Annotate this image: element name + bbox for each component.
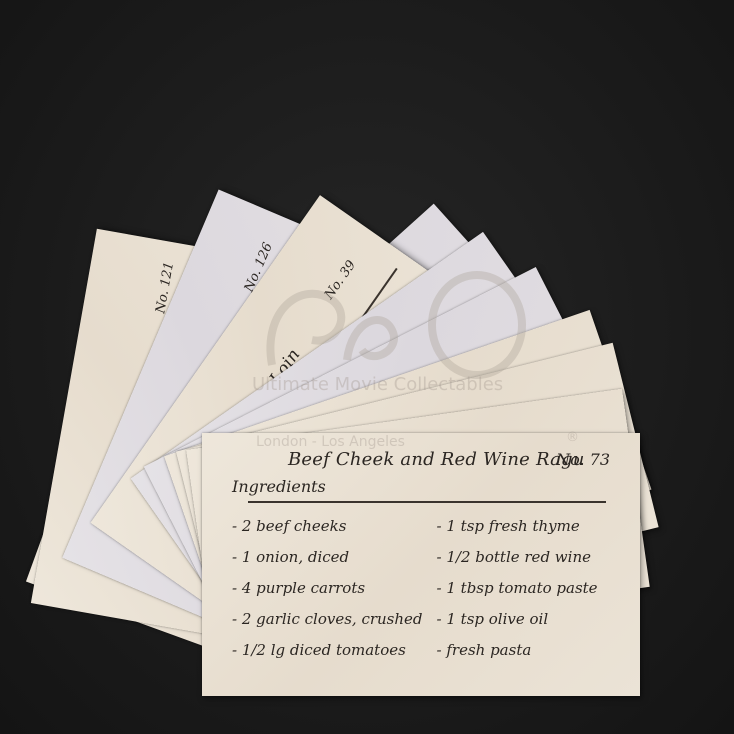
ingredient-item: - 1/2 lg diced tomatoes	[232, 639, 423, 661]
card-number: No. 39	[322, 258, 359, 302]
ingredients-list: - 2 beef cheeks - 1 onion, diced - 4 pur…	[232, 515, 620, 661]
card-number: No. 73	[556, 450, 610, 469]
ingredient-item: - fresh pasta	[437, 639, 620, 661]
ingredient-item: - 1 tsp fresh thyme	[437, 515, 620, 537]
ingredients-label: Ingredients	[232, 477, 326, 496]
ingredient-item: - 2 beef cheeks	[232, 515, 423, 537]
ingredients-column-right: - 1 tsp fresh thyme - 1/2 bottle red win…	[437, 515, 620, 661]
ingredient-item: - 4 purple carrots	[232, 577, 423, 599]
ingredient-item: - 1 tbsp tomato paste	[437, 577, 620, 599]
ingredient-item: - 2 garlic cloves, crushed	[232, 608, 423, 630]
recipe-card-beef-cheek-ragu: Beef Cheek and Red Wine Ragu No. 73 Ingr…	[202, 433, 640, 696]
recipe-card-fan: Chicken Liver Pate No. 10 Ingredients - …	[0, 0, 734, 734]
ingredient-item: - 1 onion, diced	[232, 546, 423, 568]
card-rule	[248, 501, 606, 503]
ingredient-item: - 1/2 bottle red wine	[437, 546, 620, 568]
ingredients-column-left: - 2 beef cheeks - 1 onion, diced - 4 pur…	[232, 515, 423, 661]
ingredient-item: - 1 tsp olive oil	[437, 608, 620, 630]
card-title: Beef Cheek and Red Wine Ragu	[288, 449, 585, 470]
